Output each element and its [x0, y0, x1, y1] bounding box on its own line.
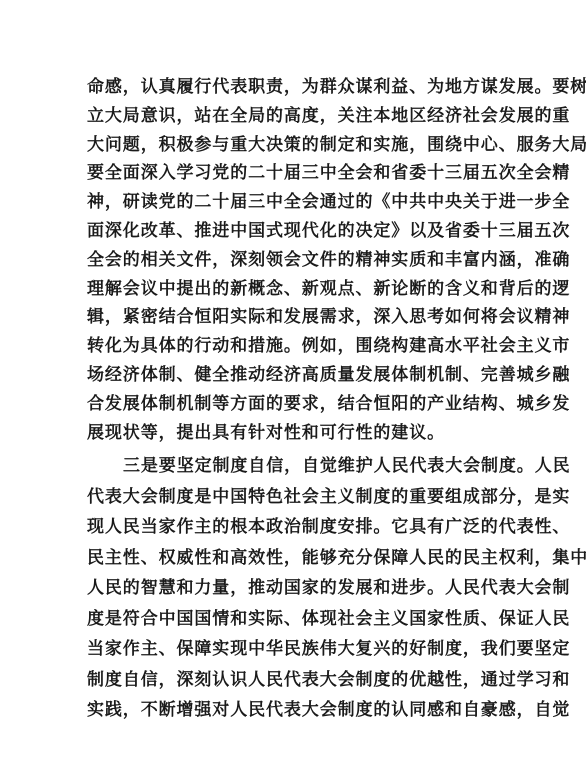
text-line: 当家作主、保障实现中华民族伟大复兴的好制度，我们要坚定 [87, 634, 497, 665]
text-line: 面深化改革、推进中国式现代化的决定》以及省委十三届五次 [87, 217, 497, 246]
text-line: 度是符合中国国情和实际、体现社会主义国家性质、保证人民 [87, 604, 497, 635]
text-line: 全会的相关文件，深刻领会文件的精神实质和丰富内涵，准确 [87, 246, 497, 275]
text-line: 理解会议中提出的新概念、新观点、新论断的含义和背后的逻 [87, 275, 497, 304]
text-line: 要全面深入学习党的二十届三中全会和省委十三届五次全会精 [87, 159, 497, 188]
text-line: 转化为具体的行动和措施。例如，围绕构建高水平社会主义市 [87, 332, 497, 361]
text-line: 命感，认真履行代表职责，为群众谋利益、为地方谋发展。要树 [87, 73, 497, 102]
text-line: 大问题，积极参与重大决策的制定和实施，围绕中心、服务大局。 [87, 131, 497, 160]
text-line: 民主性、权威性和高效性，能够充分保障人民的民主权利，集中 [87, 543, 497, 574]
text-line: 辑，紧密结合恒阳实际和发展需求，深入思考如何将会议精神 [87, 303, 497, 332]
text-line: 现人民当家作主的根本政治制度安排。它具有广泛的代表性、 [87, 512, 497, 543]
text-line: 场经济体制、健全推动经济高质量发展体制机制、完善城乡融 [87, 361, 497, 390]
text-line: 实践，不断增强对人民代表大会制度的认同感和自豪感，自觉 [87, 695, 497, 726]
text-line: 合发展体制机制等方面的要求，结合恒阳的产业结构、城乡发 [87, 390, 497, 419]
text-line: 人民的智慧和力量，推动国家的发展和进步。人民代表大会制 [87, 573, 497, 604]
paragraph-1: 命感，认真履行代表职责，为群众谋利益、为地方谋发展。要树 立大局意识，站在全局的… [87, 73, 497, 447]
text-line: 制度自信，深刻认识人民代表大会制度的优越性，通过学习和 [87, 665, 497, 696]
document-page: 命感，认真履行代表职责，为群众谋利益、为地方谋发展。要树 立大局意识，站在全局的… [0, 0, 586, 759]
paragraph-2: 三是要坚定制度自信，自觉维护人民代表大会制度。人民 代表大会制度是中国特色社会主… [87, 451, 497, 726]
text-line: 三是要坚定制度自信，自觉维护人民代表大会制度。人民 [87, 451, 497, 482]
document-body: 命感，认真履行代表职责，为群众谋利益、为地方谋发展。要树 立大局意识，站在全局的… [87, 73, 497, 726]
text-line: 展现状等，提出具有针对性和可行性的建议。 [87, 419, 497, 448]
text-line: 代表大会制度是中国特色社会主义制度的重要组成部分，是实 [87, 482, 497, 513]
text-line: 立大局意识，站在全局的高度，关注本地区经济社会发展的重 [87, 102, 497, 131]
text-line: 神，研读党的二十届三中全会通过的《中共中央关于进一步全 [87, 188, 497, 217]
